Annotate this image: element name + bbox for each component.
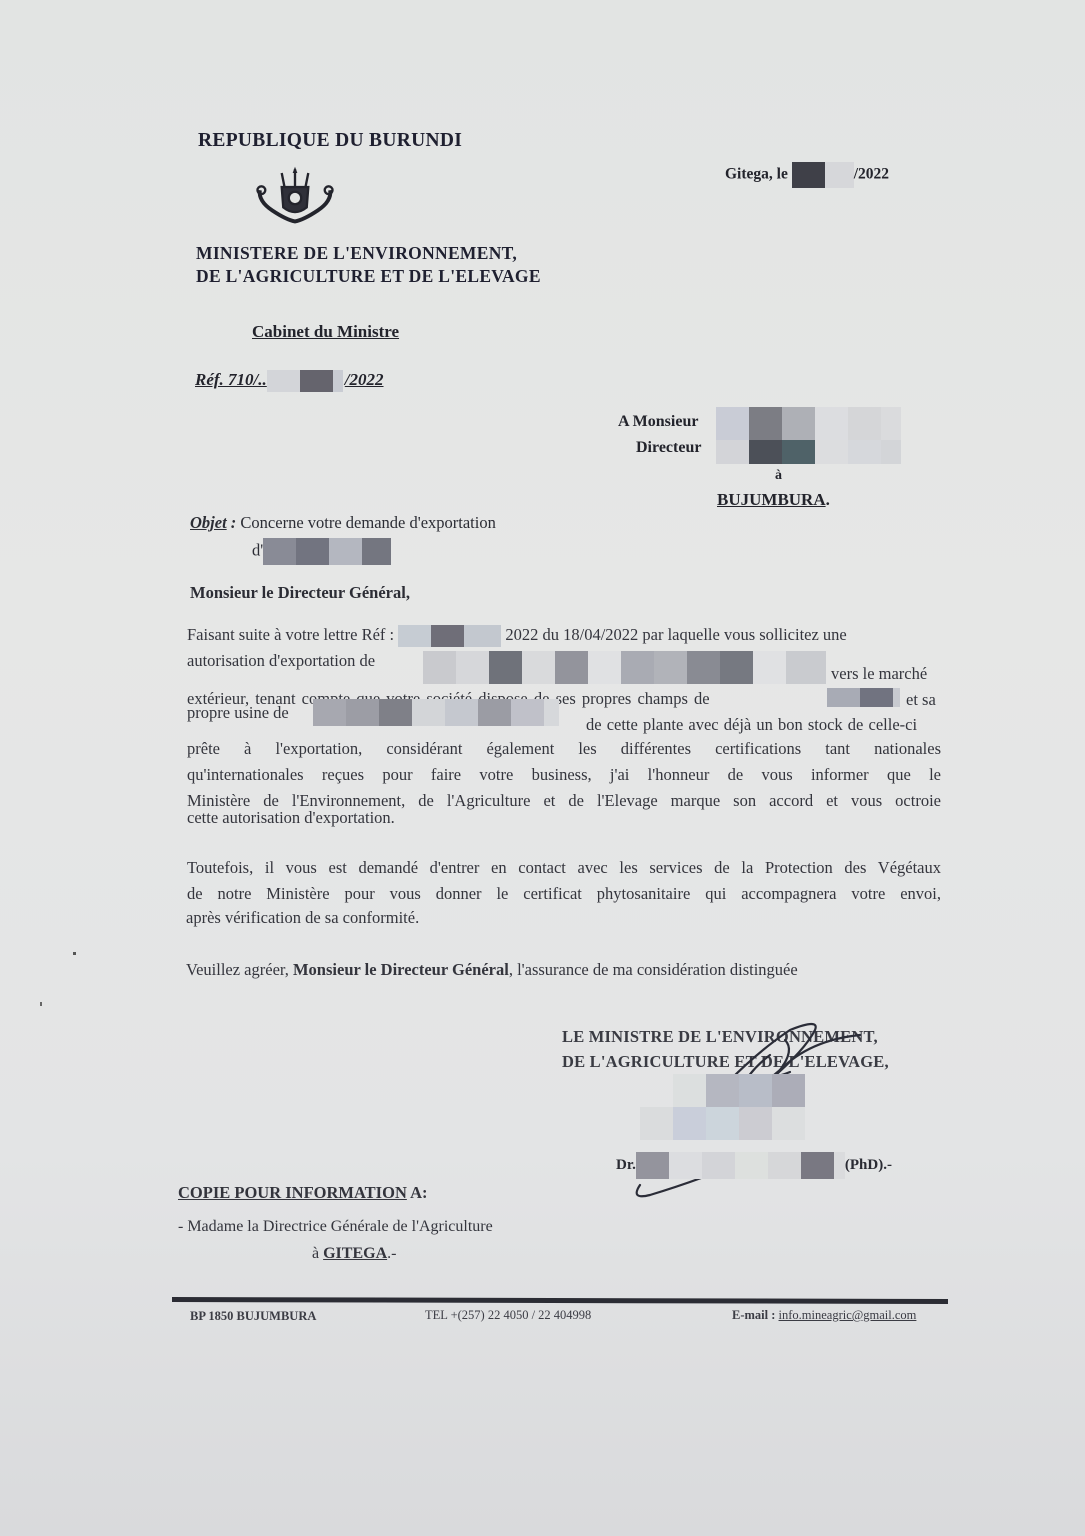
cabinet-label: Cabinet du Ministre [252, 322, 399, 342]
copy-city-line: à GITEGA.- [312, 1245, 396, 1263]
redacted-product [263, 538, 391, 565]
redacted-name [636, 1152, 845, 1179]
recipient-line-3: à [775, 468, 782, 484]
footer-email: E-mail : info.mineagric@gmail.com [732, 1308, 916, 1323]
para1-line1: Faisant suite à votre lettre Réf : 2022 … [187, 625, 847, 647]
para1-line8: cette autorisation d'exportation. [187, 808, 395, 828]
salutation: Monsieur le Directeur Général, [190, 583, 410, 603]
date-line: Gitega, le /2022 [725, 162, 889, 188]
paper-speck [40, 1002, 42, 1006]
letter-page: REPUBLIQUE DU BURUNDI MINISTERE DE L'ENV… [0, 0, 1085, 1536]
para1-line4-end: de cette plante avec déjà un bon stock d… [586, 715, 917, 735]
para2-line2: de notre Ministère pour vous donner le c… [187, 884, 941, 904]
redacted-recipient-name [716, 407, 901, 440]
para1-line6: qu'internationales reçues pour faire vot… [187, 765, 941, 785]
redacted-recipient-title [716, 440, 901, 464]
burundi-coat-of-arms-icon [252, 162, 338, 234]
paper-speck [73, 952, 76, 955]
recipient-city: BUJUMBURA. [717, 490, 830, 510]
copy-heading: COPIE POUR INFORMATION A: [178, 1183, 427, 1203]
redacted-signatory-area [640, 1074, 805, 1140]
recipient-line-1: A Monsieur [618, 413, 698, 431]
footer-address: BP 1850 BUJUMBURA [190, 1309, 316, 1324]
redacted-factory-type [313, 699, 559, 726]
redacted-date [792, 162, 854, 188]
para2-line1: Toutefois, il vous est demandé d'entrer … [187, 858, 941, 878]
para1-line3-end: et sa [906, 690, 936, 710]
para1-line2-end: vers le marché [831, 664, 927, 684]
ministry-line-2: DE L'AGRICULTURE ET DE L'ELEVAGE [196, 266, 541, 287]
redacted-ref [398, 625, 501, 647]
recipient-line-2: Directeur [636, 439, 701, 457]
redacted-field-crop [827, 688, 900, 707]
country-heading: REPUBLIQUE DU BURUNDI [198, 130, 462, 152]
redacted-reference [267, 370, 345, 392]
redacted-export-product [423, 651, 826, 684]
email-link[interactable]: info.mineagric@gmail.com [779, 1308, 917, 1322]
para1-line5: prête à l'exportation, considérant égale… [187, 739, 941, 759]
subject-line: Objet : Concerne votre demande d'exporta… [190, 513, 496, 533]
para1-line2: autorisation d'exportation de [187, 651, 375, 671]
para1-line4: propre usine de [187, 703, 289, 723]
signatory-name: Dr.(PhD).- [616, 1152, 892, 1179]
footer-phone: TEL +(257) 22 4050 / 22 404998 [425, 1308, 591, 1323]
para2-line3: après vérification de sa conformité. [186, 908, 419, 928]
footer-divider [172, 1297, 948, 1304]
closing-formula: Veuillez agréer, Monsieur le Directeur G… [186, 960, 798, 980]
subject-line-2: d' [252, 538, 391, 565]
ministry-line-1: MINISTERE DE L'ENVIRONNEMENT, [196, 243, 517, 264]
copy-recipient: - Madame la Directrice Générale de l'Agr… [178, 1218, 493, 1236]
reference-number: Réf. 710/../2022 [195, 370, 384, 392]
